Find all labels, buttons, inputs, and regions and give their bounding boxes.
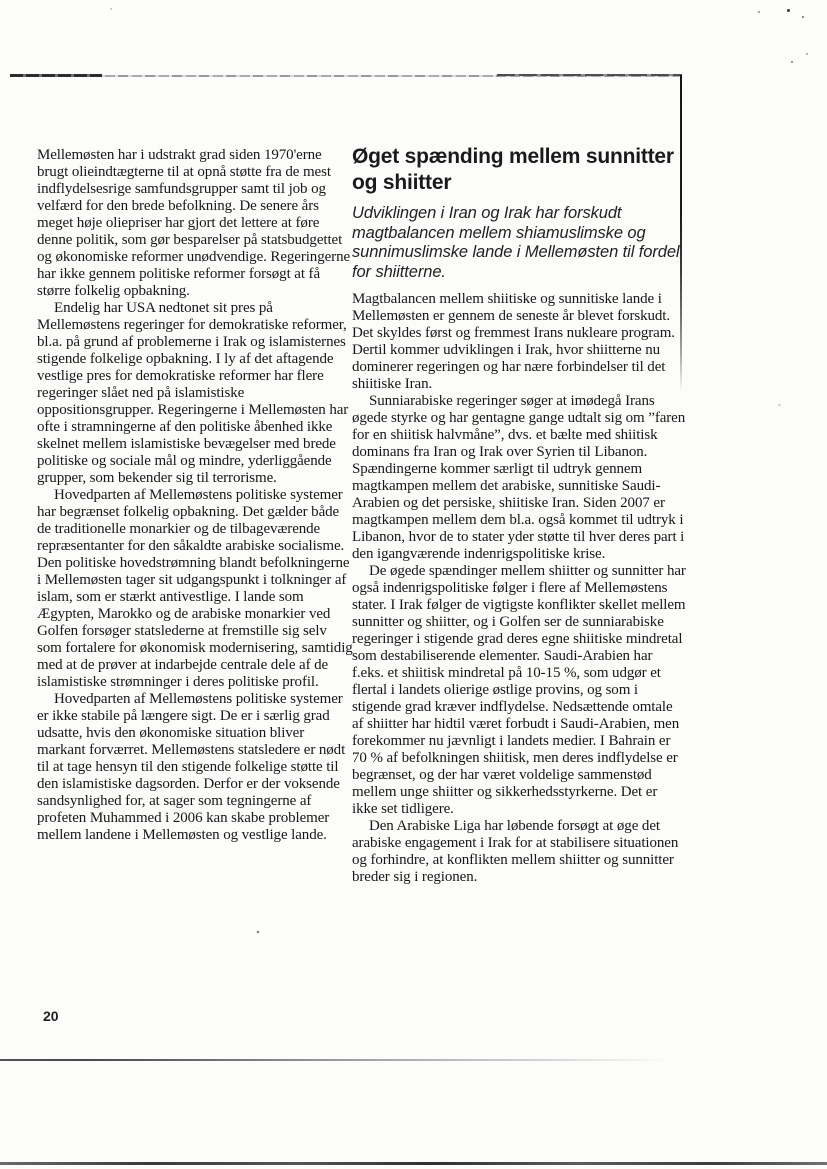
scan-speck <box>257 931 259 933</box>
right-column: Øget spænding mellem sunnitter og shiitt… <box>352 144 686 886</box>
body-paragraph: Den Arabiske Liga har løbende forsøgt at… <box>352 818 686 886</box>
body-paragraph: Hovedparten af Mellemøstens politiske sy… <box>37 487 353 691</box>
scan-artifact-top-rule-dark-left <box>10 74 102 77</box>
body-paragraph: Mellemøsten har i udstrakt grad siden 19… <box>37 147 353 300</box>
body-paragraph: Magtbalancen mellem shiitiske og sunniti… <box>352 291 686 393</box>
scan-speck <box>806 53 808 55</box>
scan-artifact-faint-rule <box>0 1059 688 1061</box>
article-heading: Øget spænding mellem sunnitter og shiitt… <box>352 144 686 196</box>
scan-speck <box>802 16 804 18</box>
scan-artifact-top-rule-dark-right <box>497 74 682 76</box>
scanned-document-page: Mellemøsten har i udstrakt grad siden 19… <box>0 0 827 1169</box>
scan-speck <box>778 404 781 406</box>
scan-speck <box>791 61 793 63</box>
scan-artifact-bottom-rule <box>0 1162 827 1165</box>
scan-speck <box>787 9 790 12</box>
body-paragraph: Sunniarabiske regeringer søger at imødeg… <box>352 393 686 563</box>
body-paragraph: Endelig har USA nedtonet sit pres på Mel… <box>37 300 353 487</box>
left-column: Mellemøsten har i udstrakt grad siden 19… <box>37 147 353 844</box>
article-lede: Udviklingen i Iran og Irak har forskudt … <box>352 204 686 282</box>
body-paragraph: Hovedparten af Mellemøstens politiske sy… <box>37 691 353 844</box>
scan-speck <box>110 8 112 10</box>
page-number: 20 <box>43 1008 59 1024</box>
body-paragraph: De øgede spændinger mellem shiitter og s… <box>352 563 686 818</box>
scan-speck <box>758 11 760 13</box>
